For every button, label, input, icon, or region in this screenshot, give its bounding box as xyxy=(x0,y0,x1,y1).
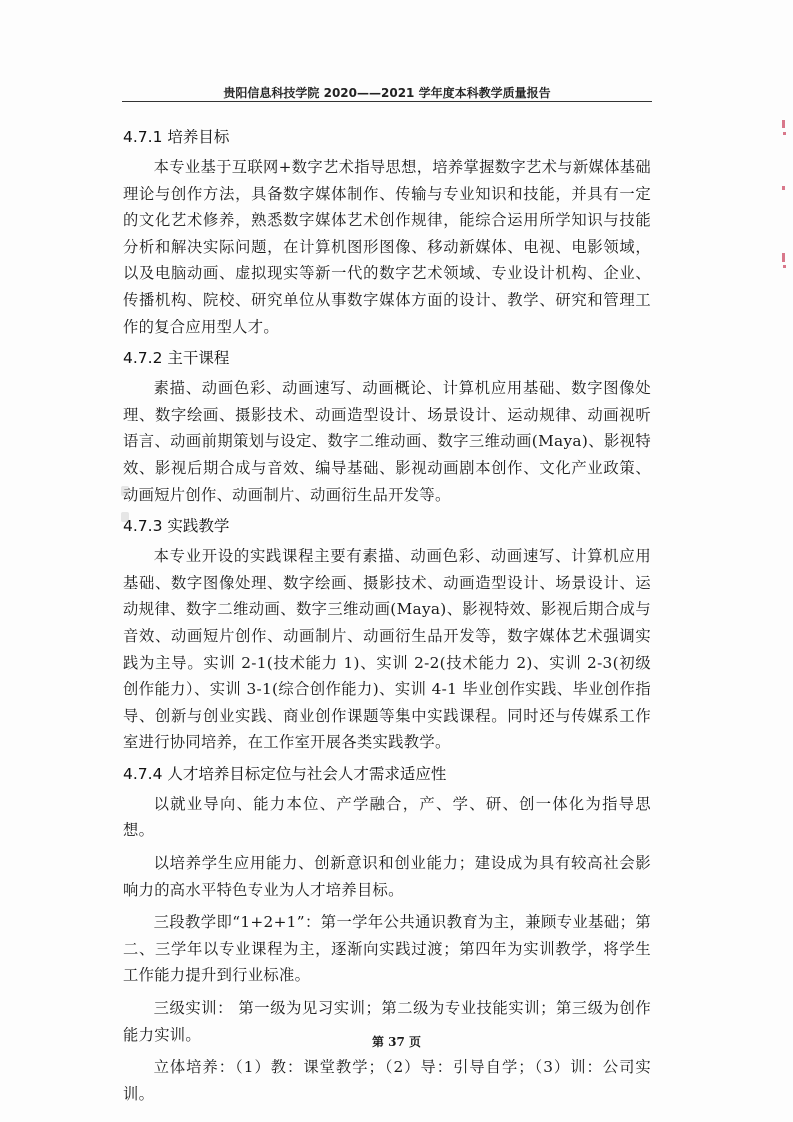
section-core-courses: 4.7.2 主干课程 素描、动画色彩、动画速写、动画概论、计算机应用基础、数字图… xyxy=(123,346,651,508)
scan-smudge xyxy=(121,512,129,522)
section-training-objectives: 4.7.1 培养目标 本专业基于互联网+数字艺术指导思想，培养掌握数字艺术与新媒… xyxy=(123,125,651,340)
paragraph: 三段教学即“1+2+1”：第一学年公共通识教育为主，兼顾专业基础；第二、三学年以… xyxy=(123,909,651,989)
page-number: 第 37 页 xyxy=(0,1033,793,1050)
paragraph: 本专业开设的实践课程主要有素描、动画色彩、动画速写、计算机应用基础、数字图像处理… xyxy=(123,543,651,756)
scan-smudge xyxy=(121,486,129,496)
paragraph: 立体培养：（1）教：课堂教学；（2）导：引导自学；（3）训：公司实训。 xyxy=(123,1054,651,1107)
section-heading: 4.7.1 培养目标 xyxy=(123,125,651,151)
binding-mark xyxy=(782,186,785,190)
paragraph: 以就业导向、能力本位、产学融合，产、学、研、创一体化为指导思想。 xyxy=(123,791,651,844)
paragraph: 以培养学生应用能力、创新意识和创业能力；建设成为具有较高社会影响力的高水平特色专… xyxy=(123,850,651,903)
page-body: 4.7.1 培养目标 本专业基于互联网+数字艺术指导思想，培养掌握数字艺术与新媒… xyxy=(123,125,651,1113)
section-heading: 4.7.2 主干课程 xyxy=(123,346,651,372)
paragraph: 素描、动画色彩、动画速写、动画概论、计算机应用基础、数字图像处理、数字绘画、摄影… xyxy=(123,375,651,508)
binding-mark xyxy=(783,132,786,135)
section-heading: 4.7.3 实践教学 xyxy=(123,514,651,540)
section-practical-teaching: 4.7.3 实践教学 本专业开设的实践课程主要有素描、动画色彩、动画速写、计算机… xyxy=(123,514,651,756)
header-divider xyxy=(122,101,652,102)
section-talent-positioning: 4.7.4 人才培养目标定位与社会人才需求适应性 以就业导向、能力本位、产学融合… xyxy=(123,762,651,1108)
paragraph: 本专业基于互联网+数字艺术指导思想，培养掌握数字艺术与新媒体基础理论与创作方法，… xyxy=(123,154,651,340)
binding-mark xyxy=(782,253,785,262)
section-heading: 4.7.4 人才培养目标定位与社会人才需求适应性 xyxy=(123,762,651,788)
binding-mark xyxy=(782,120,785,128)
page-header: 贵阳信息科技学院 2020——2021 学年度本科教学质量报告 xyxy=(122,84,652,101)
binding-mark xyxy=(783,265,786,268)
